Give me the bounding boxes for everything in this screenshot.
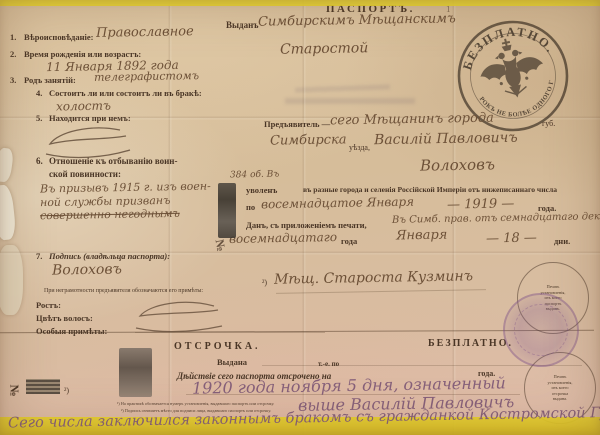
issued-by-handwriting: Симбирскимъ Мѣщанскимъ [258,11,456,29]
issued-by-label: Выданъ [226,20,259,30]
owner-signature-handwriting: Волоховъ [52,261,122,278]
field-1-number: 1. [10,32,16,42]
striped-stamp-block [26,379,60,394]
given-place-handwriting: Въ Симб. прав. отъ семнадцатаго дек. [392,211,600,226]
signature-footnote-ref: ²) [262,278,267,287]
presenter-handwriting: сего Мѣщанинъ города [330,111,494,129]
issued-by-handwriting-2: Старостой [280,40,369,58]
released-destinations-text: въ разные города и селенія Россійской Им… [303,185,557,194]
field-4-number: 4. [36,88,42,98]
field-6-label-line1: Отношеніе къ отбыванію воин- [49,156,177,166]
field-6-number: 6. [36,156,43,166]
field-7-label: Подпись (владѣльца паспорта): [49,251,170,261]
fold-crease-vertical [302,0,306,435]
city-handwriting: Симбирска [270,132,347,148]
blacked-out-stamp-bar [218,183,236,238]
valid-until-handwriting: восемнадцатое Января [261,195,414,212]
field-4-value-handwriting: холостъ [56,99,111,114]
deferment-title: ОТСРОЧКА. [174,341,261,352]
gray-stamp-bar [119,348,152,397]
deferment-issued-label: Выдана [217,357,247,367]
field-5-number: 5. [36,113,42,123]
field-3-label: Родъ занятій: [24,75,76,85]
purple-stamp-inner-ring [510,300,572,361]
field-3-value-handwriting: телеграфистомъ [94,69,199,84]
torn-edge-patch [0,147,14,183]
blank-flourish-stroke [128,298,228,336]
number-sign-rotated: № [212,238,229,252]
field-2-number: 2. [10,49,16,59]
field-6-label-line2: ской повинности: [49,169,121,179]
province-label: губ. [542,119,555,128]
given-year-label: года [341,236,357,246]
given-month-handwriting: Января [396,228,448,244]
bearer-name-handwriting: Василій Павловичъ [374,130,518,149]
bearer-surname-handwriting: Волоховъ [420,155,495,174]
free-of-charge-label: БЕЗПЛАТНО. [428,338,513,349]
that-is-until-label: т.-е. по [318,360,339,368]
seal-text-line: выдана. [553,396,567,402]
given-year-handwriting: восемнадцатаго [229,230,337,246]
passport-scan: ПАСПОРТЪ. 1 Выданъ Симбирскимъ Мѣщанским… [0,0,600,435]
released-label: уволенъ [246,185,277,195]
given-day-handwriting: — 18 — [486,231,537,247]
height-label: Ростъ: [36,300,61,310]
field-7-number: 7. [36,251,42,261]
field-6-value-line1-handwriting: Въ призывъ 1915 г. изъ воен- [40,180,211,196]
field-1-label: Вѣроисповѣданіе: [24,32,93,42]
deferment-footnote-ref: ²) [64,386,69,395]
given-with-seal-label: Данъ, съ приложеніемъ печати, [246,220,367,230]
traits-note: При неграмотности предъявителя обозначаю… [44,288,203,294]
torn-edge-patch [0,245,23,315]
special-marks-label: Особыя примѣты: [36,326,107,336]
field-6-value-line3-handwriting-struck: совершенно негоднымъ [40,207,180,222]
elder-signature-handwriting: Мѣщ. Староста Кузминъ [274,268,473,287]
ink-bleedthrough [295,84,390,92]
number-sign-rotated: № [7,384,22,396]
yellow-highlight-band-top [0,0,600,6]
uezd-label: уѣзда, [349,143,370,152]
field-1-value-handwriting: Православное [96,24,194,41]
year-1919-handwriting: — 1919 — [447,196,515,212]
field-2-label: Время рожденія или возрастъ: [24,49,141,59]
field-4-label: Состоитъ ли или состоитъ ли въ бракѣ: [49,88,202,98]
hair-color-label: Цвѣтъ волосъ: [36,313,93,323]
field-3-number: 3. [10,75,16,85]
torn-edge-patch [0,184,17,241]
presenter-label: Предъявитель — [264,119,330,129]
field-5-label: Находится при немъ: [49,113,131,123]
footnote-1: ¹) На практикѣ обозначается нумеръ устан… [117,401,274,406]
margin-note-handwriting: 384 об. Въ [230,170,279,181]
po-label: по [246,202,255,212]
given-day-label: дни. [554,236,570,246]
